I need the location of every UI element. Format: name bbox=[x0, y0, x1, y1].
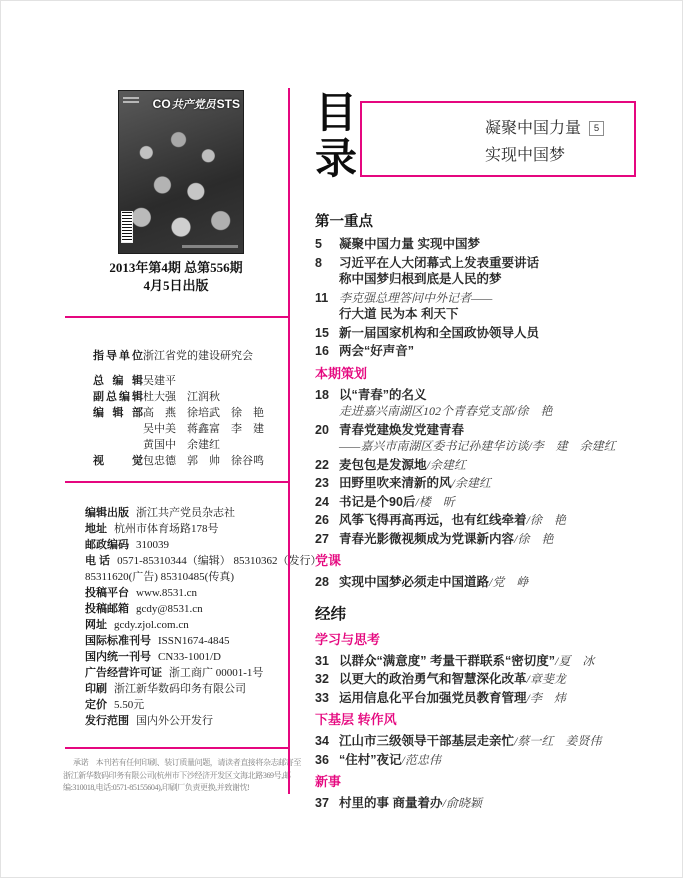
toc-item: 8习近平在人大闭幕式上发表重要讲话称中国梦归根到底是人民的梦 bbox=[315, 255, 650, 288]
publish-label: 编辑出版 bbox=[85, 507, 129, 519]
publish-row: 印刷浙江新华数码印务有限公司 bbox=[85, 681, 295, 697]
toc-title: 习近平在人大闭幕式上发表重要讲话 bbox=[339, 256, 539, 270]
toc-item: 26风筝飞得再高再远，也有红线牵着/徐 艳 bbox=[315, 512, 650, 529]
toc-line: 称中国梦归根到底是人民的梦 bbox=[315, 271, 650, 288]
toc-line: 18以“青春”的名义 bbox=[315, 387, 650, 404]
staff-label: 视觉 bbox=[93, 453, 143, 469]
toc-section-header: 第一重点 bbox=[315, 210, 650, 231]
staff-row: 指导单位浙江省党的建设研究会 bbox=[93, 348, 293, 364]
toc-line: 31以群众“满意度” 考量干群联系“密切度”/夏 冰 bbox=[315, 653, 650, 670]
staff-value: 吴中美 蒋鑫富 李 建 bbox=[143, 423, 264, 435]
toc-title: 运用信息化平台加强党员教育管理 bbox=[339, 691, 527, 705]
toc-title: 走进嘉兴南湖区102个青春党支部 bbox=[339, 404, 513, 418]
toc-line: 8习近平在人大闭幕式上发表重要讲话 bbox=[315, 255, 650, 272]
toc-line: 11李克强总理答问中外记者—— bbox=[315, 290, 650, 307]
staff-row: 编辑部高 燕 徐培武 徐 艳 bbox=[93, 405, 293, 421]
toc-line: 33运用信息化平台加强党员教育管理/李 炜 bbox=[315, 690, 650, 707]
toc-section-header: 下基层 转作风 bbox=[315, 709, 650, 728]
publish-date: 4月5日出版 bbox=[60, 277, 292, 295]
publish-row: 发行范围国内外公开发行 bbox=[85, 713, 295, 729]
toc-item: 34江山市三级领导干部基层走亲忙/蔡一红 姜贤伟 bbox=[315, 733, 650, 750]
feature-title-1: 凝聚中国力量 bbox=[485, 120, 581, 137]
toc-item: 18以“青春”的名义走进嘉兴南湖区102个青春党支部/徐 艳 bbox=[315, 387, 650, 420]
toc-page-number: 22 bbox=[315, 457, 339, 474]
toc-item: 31以群众“满意度” 考量干群联系“密切度”/夏 冰 bbox=[315, 653, 650, 670]
toc-line: 15新一届国家机构和全国政协领导人员 bbox=[315, 325, 650, 342]
staff-row: 副总编辑杜大强 江润秋 bbox=[93, 389, 293, 405]
staff-value: 黄国中 余建红 bbox=[143, 439, 220, 451]
toc-page-number: 23 bbox=[315, 475, 339, 492]
toc-section-header: 党课 bbox=[315, 550, 650, 569]
toc-title: 以群众“满意度” 考量干群联系“密切度” bbox=[339, 654, 555, 668]
publish-label: 国内统一刊号 bbox=[85, 651, 151, 663]
toc-line: 22麦包包是发源地/余建红 bbox=[315, 457, 650, 474]
toc-page-number: 24 bbox=[315, 494, 339, 511]
promise-line: 编:310018,电话:0571-85155604),印刷厂负责更换,并致谢忱! bbox=[63, 782, 297, 795]
toc-item: 15新一届国家机构和全国政协领导人员 bbox=[315, 325, 650, 342]
toc-title: 田野里吹来清新的风 bbox=[339, 476, 452, 490]
publish-label: 地址 bbox=[85, 523, 107, 535]
publish-value: 杭州市体育场路178号 bbox=[114, 523, 219, 535]
toc-section-header: 新事 bbox=[315, 771, 650, 790]
publish-value: 0571-85310344（编辑） 85310362（发行） bbox=[117, 555, 321, 567]
toc-title: 两会“好声音” bbox=[339, 344, 414, 358]
toc-page-number: 18 bbox=[315, 387, 339, 404]
publish-label: 印刷 bbox=[85, 683, 107, 695]
toc-section-header: 学习与思考 bbox=[315, 629, 650, 648]
publish-row: 地址杭州市体育场路178号 bbox=[85, 521, 295, 537]
staff-value: 杜大强 江润秋 bbox=[143, 391, 220, 403]
toc-line: 36“住村”夜记/范忠伟 bbox=[315, 752, 650, 769]
issue-info: 2013年第4期 总第556期 4月5日出版 bbox=[60, 259, 292, 295]
toc-line: 23田野里吹来清新的风/余建红 bbox=[315, 475, 650, 492]
publish-row: 国际标准刊号ISSN1674-4845 bbox=[85, 633, 295, 649]
toc-author: /俞晓颖 bbox=[442, 796, 481, 810]
magazine-cover: CO共产党员STS bbox=[118, 90, 244, 254]
toc-title: “住村”夜记 bbox=[339, 753, 402, 767]
toc-title: 以“青春”的名义 bbox=[339, 388, 427, 402]
toc-author: /范忠伟 bbox=[402, 753, 441, 767]
publish-value: ISSN1674-4845 bbox=[158, 635, 230, 647]
toc-title: 凝聚中国力量 实现中国梦 bbox=[339, 237, 480, 251]
toc-page-number: 8 bbox=[315, 255, 339, 272]
publish-value: 310039 bbox=[136, 539, 169, 551]
toc-author: /党 峥 bbox=[489, 575, 528, 589]
toc-title: 麦包包是发源地 bbox=[339, 458, 427, 472]
staff-label: 指导单位 bbox=[93, 348, 143, 364]
staff-info: 指导单位浙江省党的建设研究会总编辑吴建平副总编辑杜大强 江润秋编辑部高 燕 徐培… bbox=[93, 348, 293, 469]
toc-title: 实现中国梦必须走中国道路 bbox=[339, 575, 489, 589]
toc-page-number: 15 bbox=[315, 325, 339, 342]
toc-line: 走进嘉兴南湖区102个青春党支部/徐 艳 bbox=[315, 403, 650, 420]
toc-author: /夏 冰 bbox=[555, 654, 594, 668]
quality-promise-note: 承诺 本刊若有任何印刷、装订质量问题，请读者直接将杂志邮寄至浙江新华数码印务有限… bbox=[63, 757, 297, 795]
toc-line: 24书记是个90后/楼 昕 bbox=[315, 494, 650, 511]
toc-title: 青春光影微视频成为党课新内容 bbox=[339, 532, 514, 546]
toc-item: 24书记是个90后/楼 昕 bbox=[315, 494, 650, 511]
toc-item: 36“住村”夜记/范忠伟 bbox=[315, 752, 650, 769]
toc-line: 28实现中国梦必须走中国道路/党 峥 bbox=[315, 574, 650, 591]
toc-page-number: 28 bbox=[315, 574, 339, 591]
magazine-toc-page: CO共产党员STS 2013年第4期 总第556期 4月5日出版 指导单位浙江省… bbox=[0, 0, 683, 878]
promise-line: 浙江新华数码印务有限公司(杭州市下沙经济开发区文海北路369号,邮 bbox=[63, 770, 297, 783]
publish-row: 广告经营许可证浙工商广 00001-1号 bbox=[85, 665, 295, 681]
toc-page-number: 5 bbox=[315, 236, 339, 253]
toc-title: ——嘉兴市南湖区委书记孙建华访谈 bbox=[339, 439, 528, 453]
cover-tagline bbox=[123, 97, 139, 105]
toc-item: 28实现中国梦必须走中国道路/党 峥 bbox=[315, 574, 650, 591]
toc-title: 以更大的政治勇气和智慧深化改革 bbox=[339, 672, 527, 686]
publish-row: 电 话0571-85310344（编辑） 85310362（发行） bbox=[85, 553, 295, 569]
toc-item: 20青春党建焕发党建青春——嘉兴市南湖区委书记孙建华访谈/李 建 余建红 bbox=[315, 422, 650, 455]
staff-label: 总编辑 bbox=[93, 373, 143, 389]
toc-page-number: 11 bbox=[315, 290, 339, 307]
publish-label: 电 话 bbox=[85, 555, 110, 567]
toc-author: /徐 艳 bbox=[513, 404, 552, 418]
publish-value: 浙江新华数码印务有限公司 bbox=[114, 683, 246, 695]
toc-title: 称中国梦归根到底是人民的梦 bbox=[339, 272, 502, 286]
column-divider bbox=[288, 88, 290, 794]
pink-rule-bottom bbox=[65, 747, 289, 749]
toc-section-header: 经纬 bbox=[315, 602, 650, 624]
toc-author: /徐 艳 bbox=[527, 513, 566, 527]
toc-author: /楼 昕 bbox=[415, 495, 454, 509]
page-title-char-2: 录 bbox=[315, 136, 357, 182]
toc-title: 行大道 民为本 利天下 bbox=[339, 307, 458, 321]
staff-row: 吴中美 蒋鑫富 李 建 bbox=[93, 421, 293, 437]
toc-page-number: 36 bbox=[315, 752, 339, 769]
publish-label: 国际标准刊号 bbox=[85, 635, 151, 647]
publish-row: 投稿邮箱gcdy@8531.cn bbox=[85, 601, 295, 617]
logo-suffix: STS bbox=[217, 97, 240, 111]
toc-author: /李 建 余建红 bbox=[528, 439, 615, 453]
toc-section-header: 本期策划 bbox=[315, 363, 650, 382]
publish-value: 国内外公开发行 bbox=[136, 715, 213, 727]
toc-line: 32以更大的政治勇气和智慧深化改革/章斐龙 bbox=[315, 671, 650, 688]
feature-page-badge: 5 bbox=[589, 121, 604, 136]
pink-rule-middle bbox=[65, 481, 289, 483]
cover-story-box: 凝聚中国力量5 实现中国梦 bbox=[360, 101, 636, 177]
toc-page-number: 26 bbox=[315, 512, 339, 529]
toc-line: 34江山市三级领导干部基层走亲忙/蔡一红 姜贤伟 bbox=[315, 733, 650, 750]
toc-title: 李克强总理答问中外记者—— bbox=[339, 291, 492, 305]
page-title-char-1: 目 bbox=[315, 90, 357, 136]
publish-value: gcdy.zjol.com.cn bbox=[114, 619, 189, 631]
toc-line: 行大道 民为本 利天下 bbox=[315, 306, 650, 323]
feature-line-1: 凝聚中国力量5 bbox=[485, 115, 634, 142]
toc-item: 27青春光影微视频成为党课新内容/徐 艳 bbox=[315, 531, 650, 548]
toc-item: 37村里的事 商量着办/俞晓颖 bbox=[315, 795, 650, 812]
toc-page-number: 16 bbox=[315, 343, 339, 360]
toc-line: 37村里的事 商量着办/俞晓颖 bbox=[315, 795, 650, 812]
toc-author: /徐 艳 bbox=[514, 532, 553, 546]
toc-title: 新一届国家机构和全国政协领导人员 bbox=[339, 326, 539, 340]
cover-photo-caption bbox=[182, 245, 238, 248]
toc-page-number: 34 bbox=[315, 733, 339, 750]
toc-page-number: 33 bbox=[315, 690, 339, 707]
toc-title: 青春党建焕发党建青春 bbox=[339, 423, 464, 437]
staff-row: 总编辑吴建平 bbox=[93, 373, 293, 389]
publish-value: gcdy@8531.cn bbox=[136, 603, 203, 615]
publish-value: 浙江共产党员杂志社 bbox=[136, 507, 235, 519]
publish-label: 邮政编码 bbox=[85, 539, 129, 551]
logo-prefix: CO bbox=[153, 97, 171, 111]
toc-line: 16两会“好声音” bbox=[315, 343, 650, 360]
toc-line: 5凝聚中国力量 实现中国梦 bbox=[315, 236, 650, 253]
logo-chinese-title: 共产党员 bbox=[172, 99, 216, 111]
staff-value: 高 燕 徐培武 徐 艳 bbox=[143, 407, 264, 419]
staff-value: 吴建平 bbox=[143, 375, 176, 387]
toc-line: 26风筝飞得再高再远，也有红线牵着/徐 艳 bbox=[315, 512, 650, 529]
toc-title: 村里的事 商量着办 bbox=[339, 796, 442, 810]
publish-row: 85311620(广告) 85310485(传真) bbox=[85, 569, 295, 585]
publish-label: 投稿邮箱 bbox=[85, 603, 129, 615]
publish-row: 国内统一刊号CN33-1001/D bbox=[85, 649, 295, 665]
feature-title-2: 实现中国梦 bbox=[485, 142, 634, 169]
staff-label: 副总编辑 bbox=[93, 389, 143, 405]
toc-author: /蔡一红 姜贤伟 bbox=[514, 734, 601, 748]
publish-label: 广告经营许可证 bbox=[85, 667, 162, 679]
publish-row: 定价5.50元 bbox=[85, 697, 295, 713]
toc-title: 风筝飞得再高再远，也有红线牵着 bbox=[339, 513, 527, 527]
magazine-logo: CO共产党员STS bbox=[141, 96, 240, 112]
publishing-info: 编辑出版浙江共产党员杂志社地址杭州市体育场路178号邮政编码310039电 话0… bbox=[85, 505, 295, 729]
toc-title: 书记是个90后 bbox=[339, 495, 415, 509]
toc-page-number: 20 bbox=[315, 422, 339, 439]
toc-item: 32以更大的政治勇气和智慧深化改革/章斐龙 bbox=[315, 671, 650, 688]
toc-page-number: 27 bbox=[315, 531, 339, 548]
staff-row: 视觉包忠德 郭 帅 徐谷鸣 bbox=[93, 453, 293, 469]
toc-page-number: 37 bbox=[315, 795, 339, 812]
publish-value: 浙工商广 00001-1号 bbox=[169, 667, 263, 679]
staff-row: 黄国中 余建红 bbox=[93, 437, 293, 453]
barcode bbox=[121, 211, 133, 243]
toc-list: 第一重点5凝聚中国力量 实现中国梦8习近平在人大闭幕式上发表重要讲话称中国梦归根… bbox=[315, 208, 650, 814]
toc-author: /余建红 bbox=[452, 476, 491, 490]
toc-author: /章斐龙 bbox=[527, 672, 566, 686]
page-title: 目 录 bbox=[315, 90, 357, 182]
publish-value: 5.50元 bbox=[114, 699, 144, 711]
publish-row: 邮政编码310039 bbox=[85, 537, 295, 553]
toc-author: /李 炜 bbox=[527, 691, 566, 705]
toc-item: 11李克强总理答问中外记者——行大道 民为本 利天下 bbox=[315, 290, 650, 323]
issue-number: 2013年第4期 总第556期 bbox=[60, 259, 292, 277]
toc-title: 江山市三级领导干部基层走亲忙 bbox=[339, 734, 514, 748]
toc-line: 20青春党建焕发党建青春 bbox=[315, 422, 650, 439]
toc-item: 5凝聚中国力量 实现中国梦 bbox=[315, 236, 650, 253]
publish-row: 网址gcdy.zjol.com.cn bbox=[85, 617, 295, 633]
staff-value: 浙江省党的建设研究会 bbox=[143, 350, 253, 362]
publish-label: 定价 bbox=[85, 699, 107, 711]
toc-author: /余建红 bbox=[427, 458, 466, 472]
toc-page-number: 31 bbox=[315, 653, 339, 670]
toc-page-number: 32 bbox=[315, 671, 339, 688]
publish-row: 编辑出版浙江共产党员杂志社 bbox=[85, 505, 295, 521]
toc-line: ——嘉兴市南湖区委书记孙建华访谈/李 建 余建红 bbox=[315, 438, 650, 455]
toc-line: 27青春光影微视频成为党课新内容/徐 艳 bbox=[315, 531, 650, 548]
toc-item: 23田野里吹来清新的风/余建红 bbox=[315, 475, 650, 492]
publish-row: 投稿平台www.8531.cn bbox=[85, 585, 295, 601]
pink-rule-top bbox=[65, 316, 289, 318]
publish-label: 投稿平台 bbox=[85, 587, 129, 599]
staff-label: 编辑部 bbox=[93, 405, 143, 421]
publish-value: CN33-1001/D bbox=[158, 651, 221, 663]
publish-value: www.8531.cn bbox=[136, 587, 197, 599]
publish-label: 发行范围 bbox=[85, 715, 129, 727]
toc-item: 22麦包包是发源地/余建红 bbox=[315, 457, 650, 474]
staff-value: 包忠德 郭 帅 徐谷鸣 bbox=[143, 455, 264, 467]
publish-label: 网址 bbox=[85, 619, 107, 631]
toc-item: 16两会“好声音” bbox=[315, 343, 650, 360]
promise-line: 承诺 本刊若有任何印刷、装订质量问题，请读者直接将杂志邮寄至 bbox=[63, 757, 297, 770]
publish-value: 85311620(广告) 85310485(传真) bbox=[85, 571, 234, 583]
toc-item: 33运用信息化平台加强党员教育管理/李 炜 bbox=[315, 690, 650, 707]
